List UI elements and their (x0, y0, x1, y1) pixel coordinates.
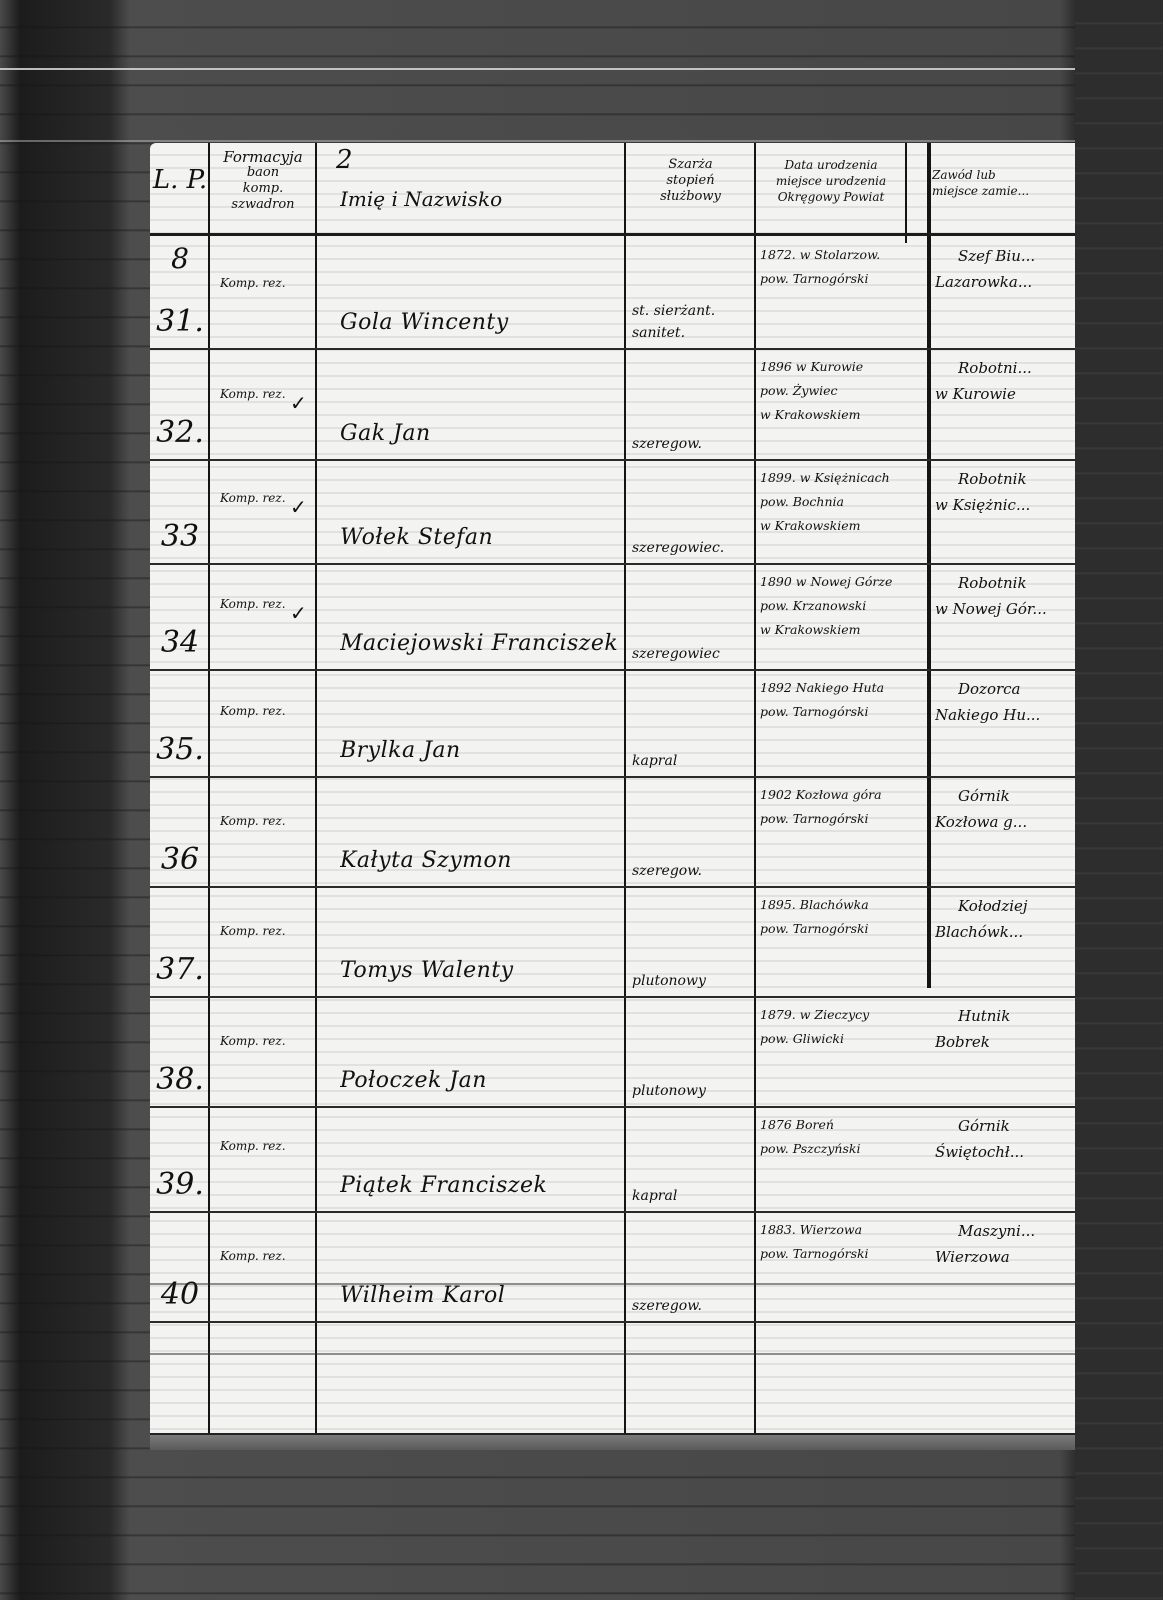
birth-line: pow. Gliwicki (760, 1028, 922, 1049)
occupation-line: w Nowej Gór... (935, 597, 1075, 621)
occupation-line: Robotnik (958, 571, 1098, 595)
occupation-line: Świętochł... (935, 1140, 1075, 1164)
person-name: Połoczek Jan (340, 1068, 620, 1094)
row-rule (150, 459, 1075, 461)
occupation-line: Robotni... (958, 356, 1098, 380)
row-number: 35. (152, 734, 208, 766)
person-name: Maciejowski Franciszek (340, 631, 620, 657)
column-rule (927, 143, 931, 988)
birth-line: 1899. w Księżnicach (760, 467, 922, 488)
header-lp: L. P. (152, 165, 208, 195)
birth-line: 1892 Nakiego Huta (760, 677, 922, 698)
birth-line: w Krakowskiem (760, 619, 922, 640)
occupation-line: Lazarowka... (935, 270, 1075, 294)
birth-line: pow. Krzanowski (760, 595, 922, 616)
header-rank: Szarża stopień służbowy (628, 157, 753, 205)
rank-line: plutonowy (632, 1082, 752, 1100)
header-rank-line: Szarża (628, 157, 753, 173)
header-birth-line: miejsce urodzenia (756, 173, 906, 189)
header-formation-line: baon (212, 165, 314, 181)
row-number: 36 (152, 844, 208, 876)
birth-line: pow. Pszczyński (760, 1138, 922, 1159)
header-formation-line: szwadron (212, 197, 314, 213)
row-number: 33 (152, 521, 208, 553)
formation-cell: Komp. rez. (220, 814, 314, 828)
header-occupation-line: Zawód lub (932, 167, 1075, 183)
occupation-line: w Księżnic... (935, 493, 1075, 517)
row-rule (150, 996, 1075, 998)
occupation-line: Kołodziej (958, 894, 1098, 918)
header-name: Imię i Nazwisko (340, 187, 502, 211)
header-rank-line: stopień (628, 173, 753, 189)
formation-cell: Komp. rez. (220, 276, 314, 290)
occupation-line: Wierzowa (935, 1245, 1075, 1269)
birth-line: pow. Tarnogórski (760, 1243, 922, 1264)
occupation-line: Maszyni... (958, 1219, 1098, 1243)
register-page: L. P. Formacyja baon komp. szwadron 2 Im… (150, 143, 1075, 1433)
person-name: Brylka Jan (340, 738, 620, 764)
row-number: 34 (152, 627, 208, 659)
header-birth-line: Okręgowy Powiat (756, 189, 906, 205)
row-rule (150, 1106, 1075, 1108)
occupation-line: Robotnik (958, 467, 1098, 491)
birth-line: 1902 Kozłowa góra (760, 784, 922, 805)
row-rule (150, 886, 1075, 888)
rank-line: szeregow. (632, 1297, 752, 1315)
rank-line: kapral (632, 752, 752, 770)
birth-line: pow. Żywiec (760, 380, 922, 401)
occupation-line: Górnik (958, 784, 1098, 808)
person-name: Gola Wincenty (340, 310, 620, 336)
column-number-marker: 2 (336, 145, 353, 175)
header-occupation: Zawód lub miejsce zamie... (932, 167, 1075, 199)
formation-cell: Komp. rez. (220, 1139, 314, 1153)
birth-line: 1879. w Zieczycy (760, 1004, 922, 1025)
header-rank-line: służbowy (628, 189, 753, 205)
header-occupation-line: miejsce zamie... (932, 183, 1075, 199)
birth-line: pow. Tarnogórski (760, 701, 922, 722)
check-mark-icon: ✓ (290, 495, 307, 519)
birth-line: w Krakowskiem (760, 515, 922, 536)
person-name: Tomys Walenty (340, 958, 620, 984)
occupation-line: w Kurowie (935, 382, 1075, 406)
header-formation-line: Formacyja (212, 149, 314, 165)
person-name: Piątek Franciszek (340, 1173, 620, 1199)
column-rule (208, 143, 210, 1433)
birth-line: 1883. Wierzowa (760, 1219, 922, 1240)
header-birth: Data urodzenia miejsce urodzenia Okręgow… (756, 157, 906, 205)
rank-line: st. sierżant. (632, 302, 752, 320)
rank-line: szeregowiec. (632, 539, 752, 557)
rank-line: szeregow. (632, 435, 752, 453)
birth-line: 1896 w Kurowie (760, 356, 922, 377)
row-number: 37. (152, 954, 208, 986)
formation-cell: Komp. rez. (220, 704, 314, 718)
birth-line: 1872. w Stolarzow. (760, 244, 922, 265)
row-rule (150, 1353, 1075, 1355)
check-mark-icon: ✓ (290, 391, 307, 415)
rank-line: kapral (632, 1187, 752, 1205)
scan-streak (0, 68, 1163, 70)
row-number: 39. (152, 1169, 208, 1201)
birth-line: w Krakowskiem (760, 404, 922, 425)
occupation-line: Blachówk... (935, 920, 1075, 944)
row-number: 32. (152, 417, 208, 449)
header-formation-line: komp. (212, 181, 314, 197)
rank-line: plutonowy (632, 972, 752, 990)
row-rule (150, 776, 1075, 778)
row-rule (150, 1283, 1075, 1285)
birth-line: 1895. Blachówka (760, 894, 922, 915)
formation-cell: Komp. rez. (220, 1034, 314, 1048)
person-name: Wilheim Karol (340, 1283, 620, 1309)
formation-cell: Komp. rez. (220, 1249, 314, 1263)
birth-line: pow. Tarnogórski (760, 918, 922, 939)
header-birth-line: Data urodzenia (756, 157, 906, 173)
person-name: Kałyta Szymon (340, 848, 620, 874)
birth-line: 1876 Boreń (760, 1114, 922, 1135)
occupation-line: Szef Biu... (958, 244, 1098, 268)
scan-streak (0, 140, 1163, 142)
rank-line: szeregow. (632, 862, 752, 880)
rank-line: sanitet. (632, 324, 752, 342)
person-name: Gak Jan (340, 421, 620, 447)
check-mark-icon: ✓ (290, 601, 307, 625)
row-rule (150, 1211, 1075, 1213)
occupation-line: Górnik (958, 1114, 1098, 1138)
column-rule (754, 143, 756, 1433)
column-rule (624, 143, 626, 1433)
occupation-line: Kozłowa g... (935, 810, 1075, 834)
header-formation: Formacyja baon komp. szwadron (212, 149, 314, 213)
row-rule (150, 563, 1075, 565)
header-rule (150, 233, 1075, 236)
row-number: 31. (152, 306, 208, 338)
occupation-line: Hutnik (958, 1004, 1098, 1028)
rank-line: szeregowiec (632, 645, 752, 663)
birth-line: pow. Tarnogórski (760, 808, 922, 829)
birth-line: pow. Tarnogórski (760, 268, 922, 289)
person-name: Wołek Stefan (340, 525, 620, 551)
birth-line: pow. Bochnia (760, 491, 922, 512)
birth-line: 1890 w Nowej Górze (760, 571, 922, 592)
extra-number: 8 (152, 243, 208, 275)
occupation-line: Dozorca (958, 677, 1098, 701)
row-rule (150, 669, 1075, 671)
occupation-line: Bobrek (935, 1030, 1075, 1054)
formation-cell: Komp. rez. (220, 924, 314, 938)
occupation-line: Nakiego Hu... (935, 703, 1075, 727)
row-rule (150, 1321, 1075, 1323)
row-number: 38. (152, 1064, 208, 1096)
column-rule (315, 143, 317, 1433)
row-rule (150, 348, 1075, 350)
